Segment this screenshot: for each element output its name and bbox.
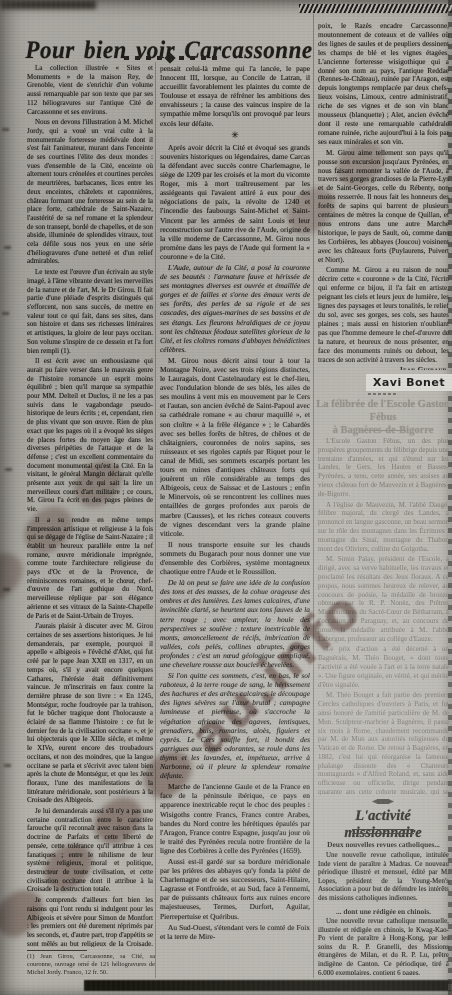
paragraph: pensait celui-là même qui l'a lancée, le…: [160, 64, 310, 128]
felibree-body: L'Escole Gaston Fébus, un des plus prosp…: [318, 437, 449, 795]
watermark-blot: [0, 927, 2, 992]
paragraph: Je lui demanderais aussi s'il n'y a pas …: [27, 807, 153, 894]
bottom-rule-bar: [84, 980, 452, 991]
missionary-body-1: Une nouvelle revue catholique, intitulée…: [318, 851, 449, 907]
paragraph: Le texte est l'œuvre d'un écrivain au st…: [27, 268, 153, 355]
paragraph: Il a su rendre en même temps l'impressio…: [27, 516, 153, 620]
footnote-rule: [27, 950, 87, 951]
paragraph: Après avoir décrit la Cité et évoqué ses…: [160, 143, 310, 261]
margin-mark: [4, 246, 11, 249]
margin-mark: [2, 312, 9, 315]
paragraph: Je comprends d'ailleurs fort bien les ra…: [27, 896, 153, 947]
article-column-3: poix, le Razès encadre Carcassonne, mout…: [318, 22, 449, 370]
margin-mark: [2, 128, 9, 131]
column-divider: [155, 62, 156, 978]
margin-mark: [4, 764, 11, 767]
paragraph: A l'église de Mauvezin, M. l'abbé Daugé,…: [318, 501, 449, 554]
margin-mark: [5, 468, 12, 471]
paragraph: M. Théo Bouget a fait partie des premier…: [318, 691, 449, 795]
column-divider: [313, 14, 314, 978]
diamond-separator: [372, 799, 394, 804]
paragraph: L'Aude, autour de la Cité, a posé la cou…: [160, 263, 310, 354]
page-fold-edge: [448, 0, 452, 995]
scan-smudge-top: [0, 0, 96, 9]
article-footnote: (1) Jean Girou, Carcassonne, sa Cité, sa…: [27, 953, 155, 976]
felibree-rule: [360, 430, 406, 431]
annotation-xavi-bonet: Xavi Bonet: [373, 376, 445, 389]
missionary-subheading-1: Deux nouvelles revues catholiques...: [318, 840, 449, 849]
headline-ornament: [124, 56, 220, 60]
paragraph: Nous en devons l'illustration à M. Miche…: [27, 118, 153, 266]
article-column-2: pensait celui-là même qui l'a lancée, le…: [160, 64, 310, 977]
paragraph: La collection illustrée « Sites et Monum…: [27, 64, 153, 116]
missionary-body-2: Une nouvelle revue catholique mensuelle,…: [318, 917, 449, 975]
margin-mark: [3, 588, 10, 591]
paragraph: Comme M. Girou a eu raison de nous décri…: [318, 266, 449, 364]
paragraph: Si l'on quitte ces sommets, c'est, en ba…: [160, 671, 310, 780]
paragraph: De là on peut se faire une idée de la co…: [160, 578, 310, 669]
paragraph: Aussi est-il gardé sur sa bordure méridi…: [160, 857, 310, 921]
missionary-double-rule: [352, 829, 414, 834]
felibree-headline: La félibrée de l'Escole Gaston Fébus à B…: [316, 398, 450, 437]
paragraph: Au Sud-Ouest, s'étendant vers le comté d…: [160, 923, 310, 941]
paragraph: L'Escole Gaston Fébus, un des plus prosp…: [318, 437, 449, 499]
paragraph: J'aurais plaisir à discuter avec M. Giro…: [27, 622, 153, 805]
paragraph: poix, le Razès encadre Carcassonne, mout…: [318, 22, 449, 147]
annotation-patch: Xavi Bonet: [366, 374, 452, 391]
paragraph: Une nouvelle revue catholique, intitulée…: [318, 851, 449, 903]
hatched-rule-top-right: [299, 4, 452, 13]
missionary-headline: L'activité missionnaire: [316, 808, 450, 842]
paragraph: Marche de l'ancienne Gaule et de la Fran…: [160, 782, 310, 855]
paragraph: Le prix d'action a été décerné à un Bagn…: [318, 645, 449, 689]
paragraph: M. Simin Palay, président de l'Escole, a…: [318, 555, 449, 643]
paragraph: M. Girou nous décrit ainsi tour à tour l…: [160, 356, 310, 538]
paragraph: Il nous transporte ensuite sur les chaud…: [160, 540, 310, 576]
paragraph: Il est écrit avec un enthousiasme qui au…: [27, 357, 153, 514]
paragraph: Une nouvelle revue catholique mensuelle,…: [318, 917, 449, 975]
felibree-headline-line1: La félibrée de l'Escole Gaston Fébus: [316, 398, 450, 424]
squiggle-separator: [368, 393, 398, 395]
missionary-subheading-2: ... dont une rédigée en chinois.: [318, 907, 449, 916]
article-column-1: La collection illustrée « Sites et Monum…: [27, 64, 153, 947]
paragraph: M. Girou aime tellement son pays qu'il p…: [318, 149, 449, 265]
star-separator: ✳: [160, 131, 310, 140]
newspaper-page: Pour bien voir Carcassonne La collection…: [0, 0, 452, 995]
author-signature: Jean Guiraud.: [318, 366, 449, 370]
